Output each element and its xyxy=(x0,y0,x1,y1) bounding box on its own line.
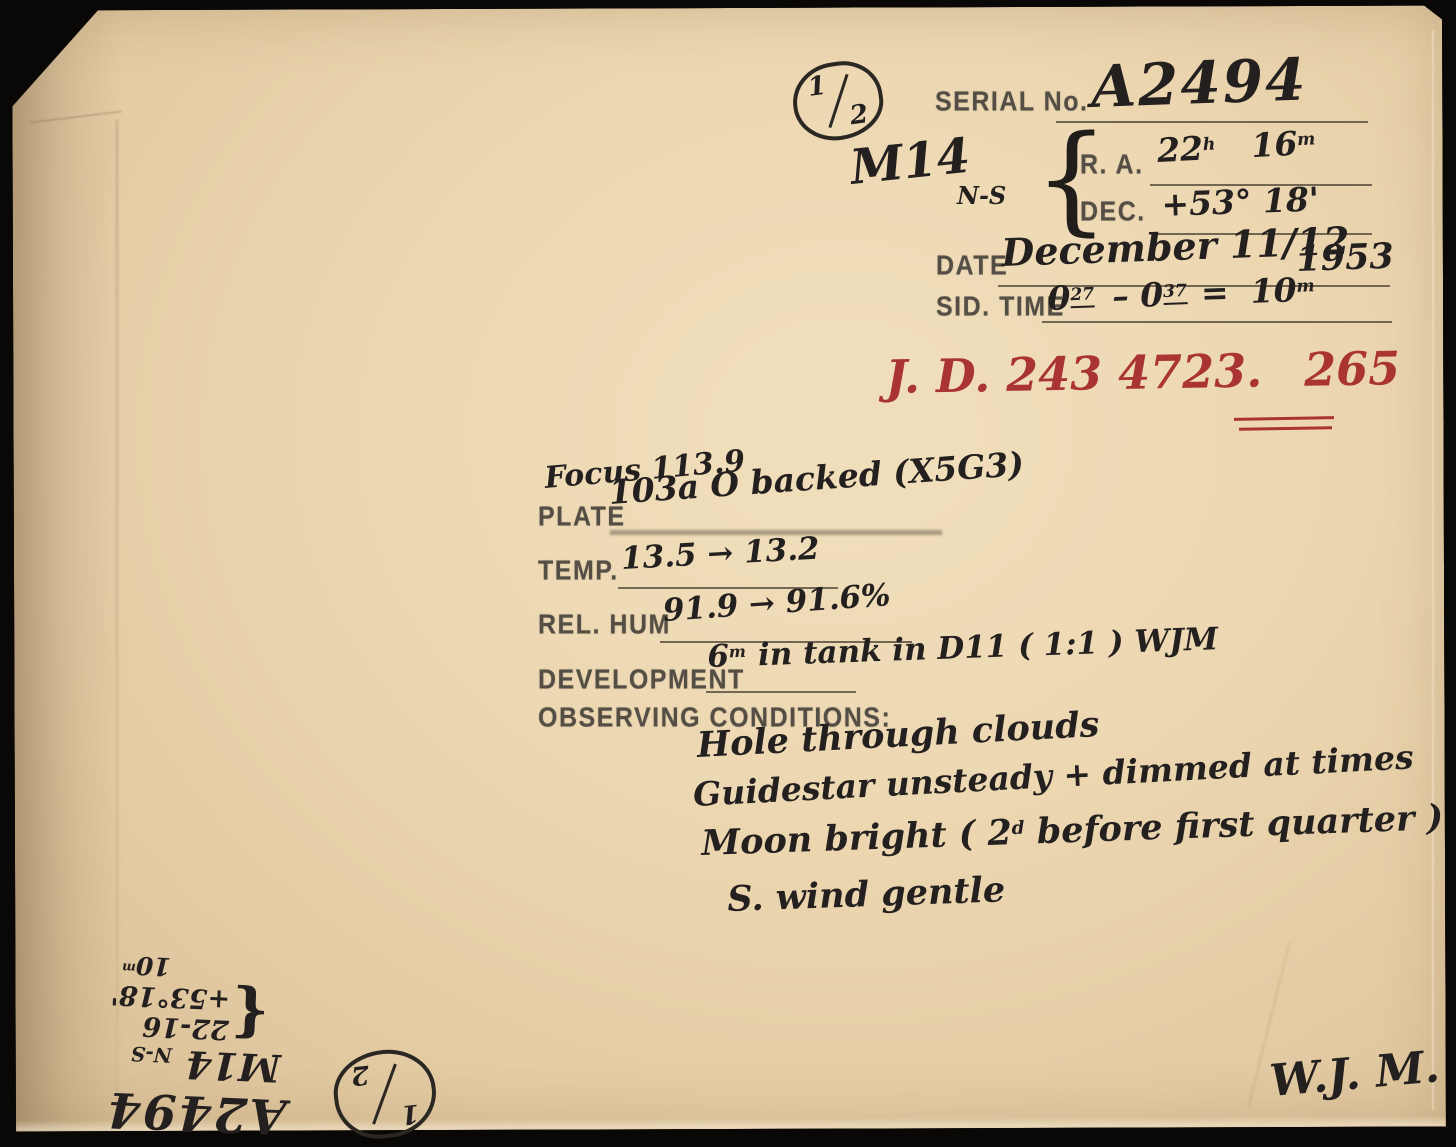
sid-equals: = xyxy=(1200,273,1229,313)
date-label: DATE xyxy=(936,250,1008,282)
development-minutes-unit: m xyxy=(729,642,747,662)
sid-end: 0 xyxy=(1140,275,1164,315)
sid-start-sup: 27 xyxy=(1070,284,1095,308)
dec-value: +53° 18' xyxy=(1161,183,1320,221)
inverted-dec: +53°18' xyxy=(110,980,231,1014)
fraction-denominator: 2 xyxy=(848,99,870,131)
julian-date-prefix: J. D. 243 4723. xyxy=(885,343,1262,404)
fraction-slash xyxy=(372,1063,397,1124)
date-year: 1953 xyxy=(1296,239,1395,277)
inverted-brace: { xyxy=(230,991,269,1039)
inverted-annotation-block: A2494 M14N-S { 22-16 +53°18' 10m xyxy=(30,873,296,1142)
ra-label: R. A. xyxy=(1080,149,1144,181)
object-name: M14 xyxy=(848,132,972,192)
julian-date: J. D. 243 4723.265 xyxy=(885,345,1400,400)
form-underline xyxy=(706,691,856,693)
sid-dash: – xyxy=(1112,276,1141,316)
inverted-duration-value: 10 xyxy=(135,951,171,981)
ra-hours-unit: h xyxy=(1202,135,1216,156)
inverted-coords-group: { 22-16 +53°18' xyxy=(35,976,270,1044)
development-minutes: 6 xyxy=(707,638,730,675)
serial-value: A2494 xyxy=(1090,50,1308,116)
inverted-duration-unit: m xyxy=(122,959,136,975)
observing-line-4: S. wind gentle xyxy=(727,872,1006,917)
dec-label: DEC. xyxy=(1080,196,1146,228)
ra-hours: 22 xyxy=(1156,129,1204,170)
sid-result: 10 xyxy=(1250,270,1297,311)
temp-label: TEMP. xyxy=(538,555,619,587)
sid-time-label: SID. TIME xyxy=(936,291,1065,323)
fraction-denominator: 2 xyxy=(349,1059,370,1091)
form-underline xyxy=(1042,321,1392,323)
fraction-numerator: 1 xyxy=(806,70,828,102)
inverted-duration: 10m xyxy=(37,947,171,979)
ra-minutes-unit: m xyxy=(1297,129,1316,150)
fraction-numerator: 1 xyxy=(400,1097,421,1129)
sid-end-sup: 37 xyxy=(1163,281,1188,305)
sid-start: 0 xyxy=(1047,278,1071,318)
humidity-label: REL. HUM xyxy=(538,609,671,641)
julian-date-fraction: 265 xyxy=(1304,341,1401,397)
scanned-plate-envelope: 1 2 SERIAL No. A2494 M14 N-S { R. A. 22h… xyxy=(0,0,1456,1147)
moon-note-sup: d xyxy=(1011,818,1024,839)
ra-minutes: 16 xyxy=(1250,124,1298,165)
fraction-slash xyxy=(829,74,849,128)
sid-result-sup: m xyxy=(1296,276,1315,297)
object-suffix: N-S xyxy=(957,184,1006,208)
ra-value: 22h16m xyxy=(1156,126,1316,167)
inverted-object-suffix: N-S xyxy=(130,1041,172,1067)
